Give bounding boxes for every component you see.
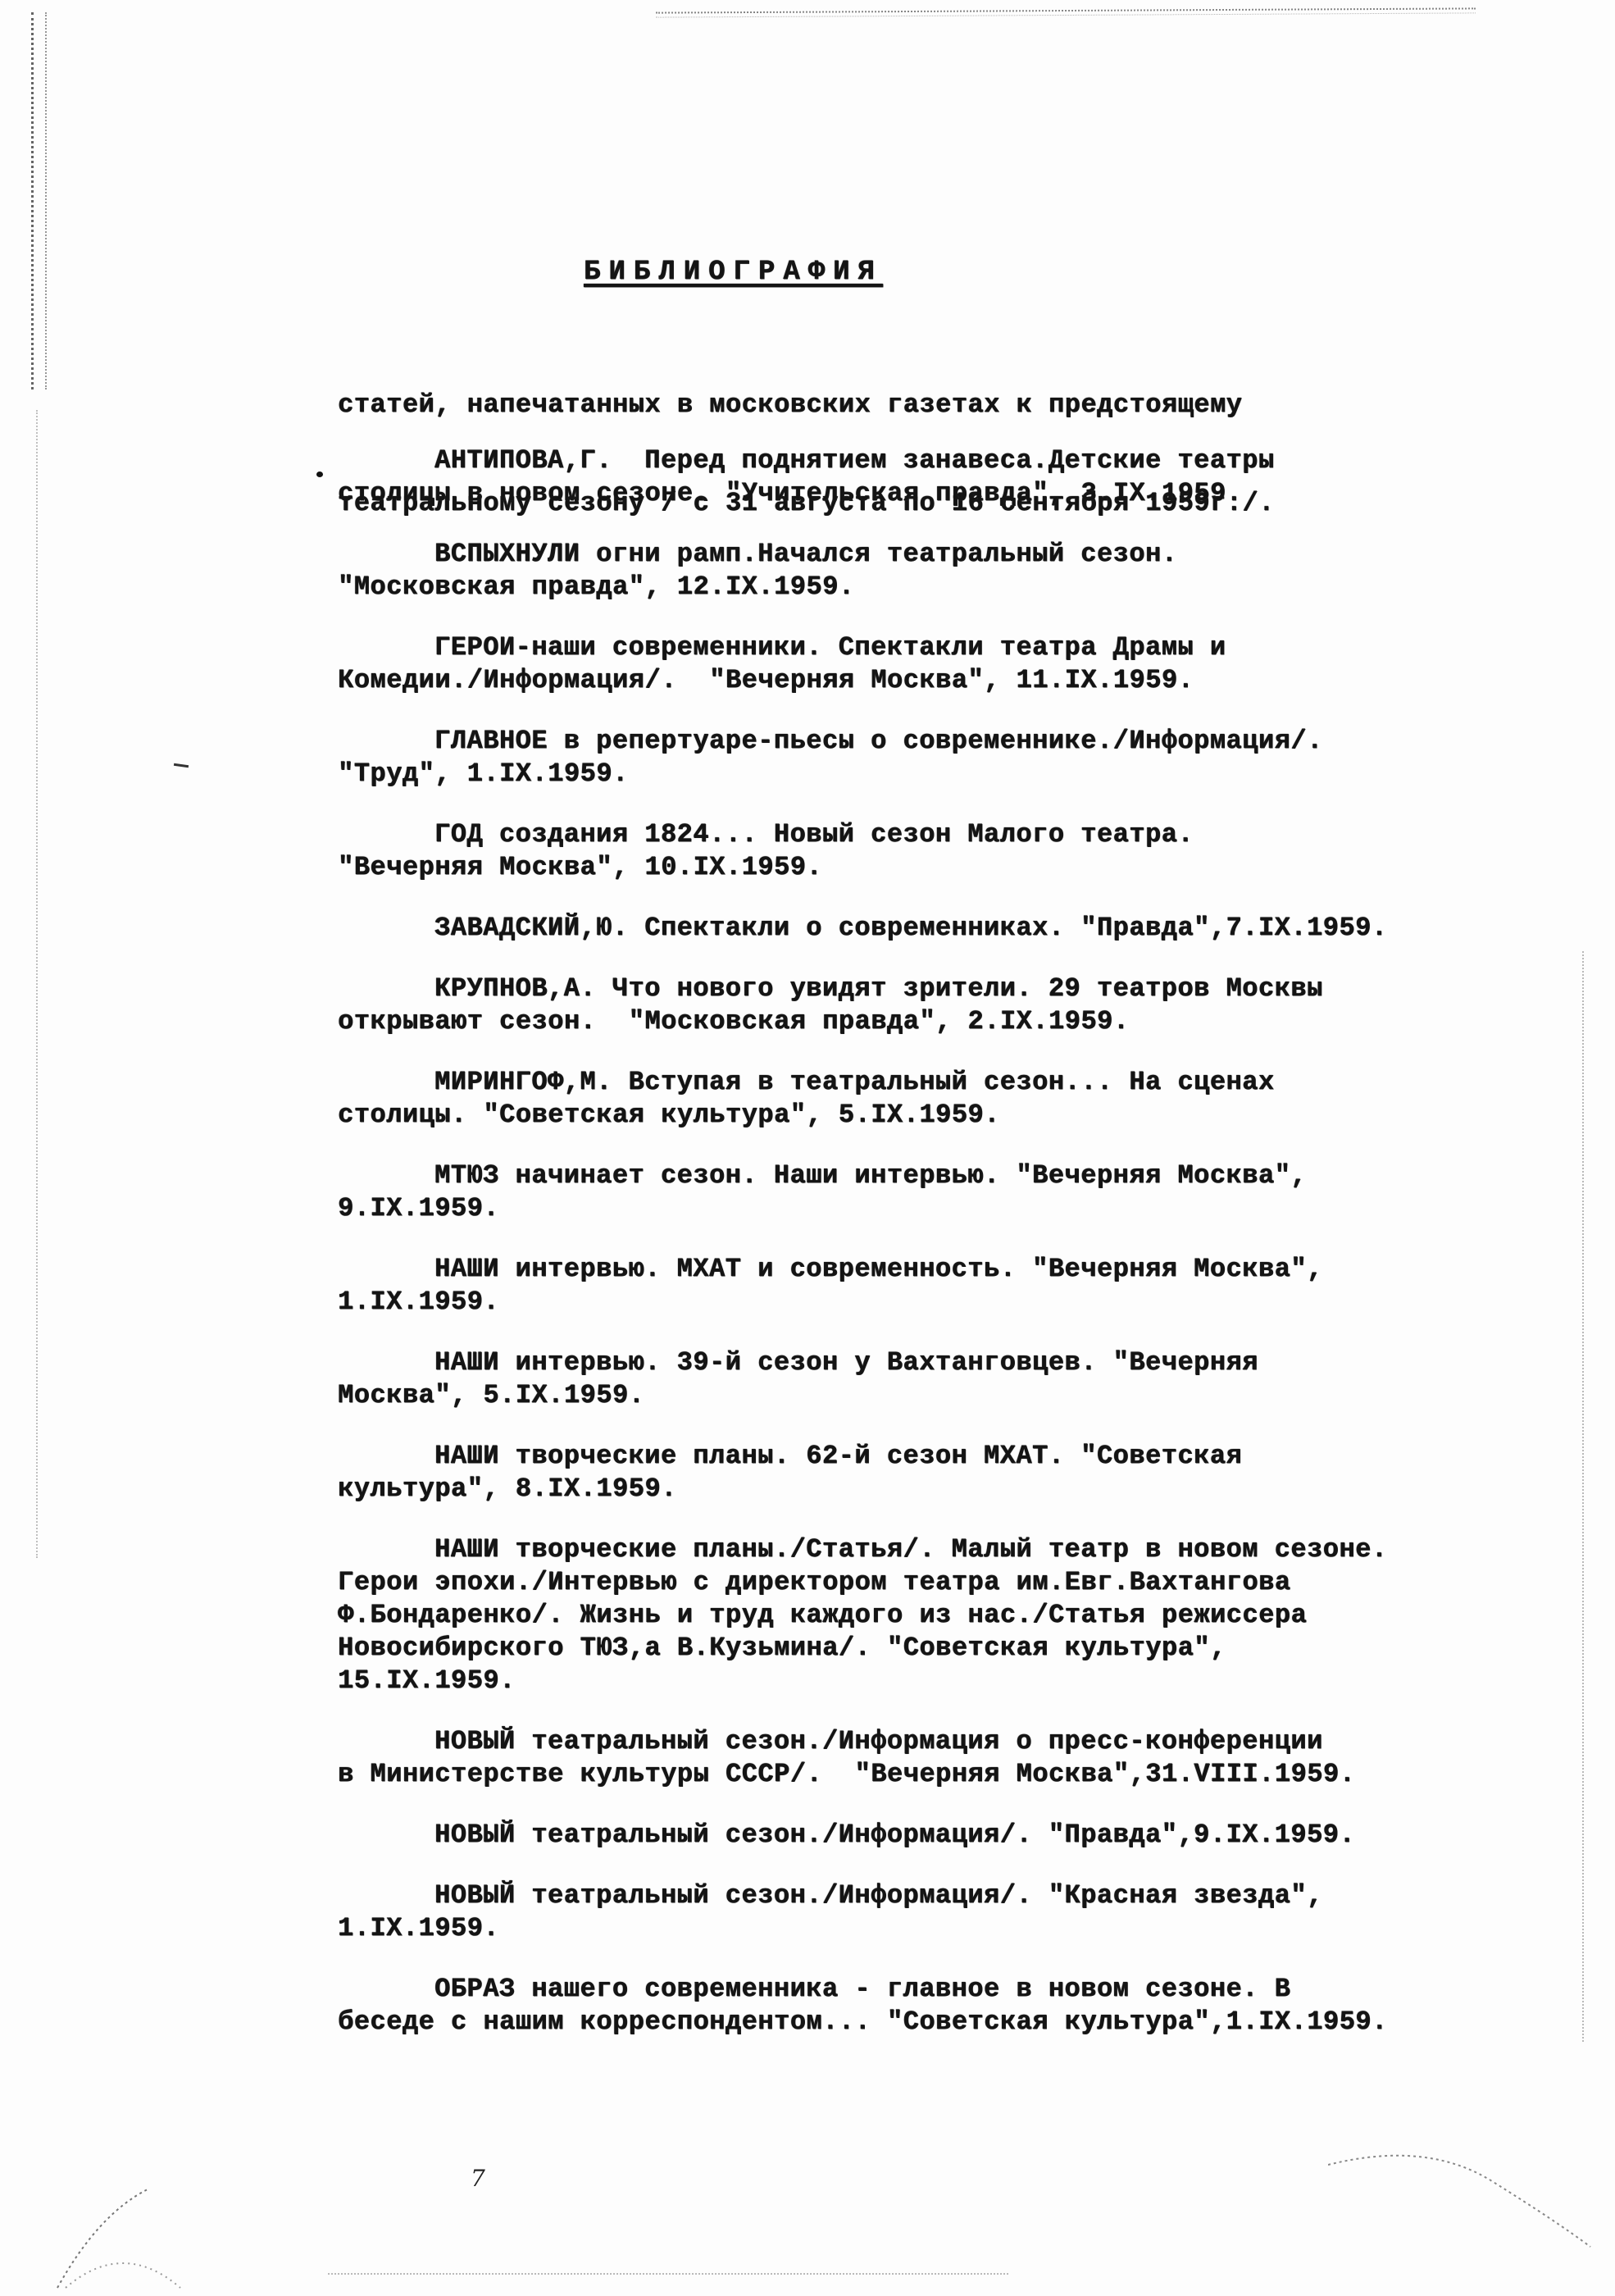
- entry-continuation-line: открывают сезон. "Московская правда", 2.…: [338, 1005, 1567, 1038]
- entry-continuation-line: столицы. "Советская культура", 5.IX.1959…: [338, 1099, 1567, 1132]
- bibliography-entry: ГОД создания 1824... Новый сезон Малого …: [338, 818, 1567, 884]
- entry-heading-line: МИРИНГОФ,М. Вступая в театральный сезон.…: [338, 1066, 1567, 1099]
- entry-continuation-line: 15.IX.1959.: [338, 1665, 1567, 1697]
- scan-fold-curve-bottom-left: [49, 2165, 262, 2296]
- bibliography-entry: МИРИНГОФ,М. Вступая в театральный сезон.…: [338, 1066, 1567, 1132]
- entry-heading-line: ГЕРОИ-наши современники. Спектакли театр…: [338, 631, 1567, 664]
- ink-mark: [174, 763, 189, 768]
- entry-continuation-line: "Вечерняя Москва", 10.IX.1959.: [338, 851, 1567, 884]
- scan-edge-top: [656, 7, 1476, 17]
- entry-continuation-line: 1.IX.1959.: [338, 1286, 1567, 1319]
- scan-fold-curve-bottom-right: [1328, 2083, 1599, 2296]
- ink-dot: [316, 471, 323, 477]
- entry-heading-line: НАШИ интервью. 39-й сезон у Вахтанговцев…: [338, 1346, 1567, 1379]
- bibliography-list: АНТИПОВА,Г. Перед поднятием занавеса.Дет…: [338, 444, 1567, 2066]
- bibliography-entry: ОБРАЗ нашего современника - главное в но…: [338, 1973, 1567, 2039]
- entry-heading-line: НОВЫЙ театральный сезон./Информация о пр…: [338, 1725, 1567, 1758]
- bibliography-entry: ЗАВАДСКИЙ,Ю. Спектакли о современниках. …: [338, 912, 1567, 945]
- scan-edge-right: [1582, 951, 1587, 2042]
- bibliography-entry: ГЕРОИ-наши современники. Спектакли театр…: [338, 631, 1567, 697]
- bibliography-entry: НАШИ интервью. МХАТ и современность. "Ве…: [338, 1253, 1567, 1319]
- entry-heading-line: НАШИ творческие планы. 62-й сезон МХАТ. …: [338, 1440, 1567, 1473]
- scan-edge-left-faint: [36, 410, 41, 1558]
- entry-continuation-line: Москва", 5.IX.1959.: [338, 1379, 1567, 1412]
- bibliography-entry: НАШИ интервью. 39-й сезон у Вахтанговцев…: [338, 1346, 1567, 1412]
- entry-continuation-line: в Министерстве культуры СССР/. "Вечерняя…: [338, 1758, 1567, 1791]
- entry-heading-line: ГОД создания 1824... Новый сезон Малого …: [338, 818, 1567, 851]
- entry-heading-line: МТЮЗ начинает сезон. Наши интервью. "Веч…: [338, 1159, 1567, 1192]
- entry-heading-line: ГЛАВНОЕ в репертуаре-пьесы о современник…: [338, 725, 1567, 758]
- entry-continuation-line: столицы в новом сезоне. "Учительская пра…: [338, 477, 1567, 510]
- entry-heading-line: НОВЫЙ театральный сезон./Информация/. "К…: [338, 1879, 1567, 1912]
- bibliography-entry: АНТИПОВА,Г. Перед поднятием занавеса.Дет…: [338, 444, 1567, 510]
- entry-continuation-line: культура", 8.IX.1959.: [338, 1473, 1567, 1506]
- entry-continuation-line: Комедии./Информация/. "Вечерняя Москва",…: [338, 664, 1567, 697]
- entry-continuation-line: "Труд", 1.IX.1959.: [338, 758, 1567, 790]
- scanned-page: БИБЛИОГРАФИЯ статей, напечатанных в моск…: [0, 0, 1615, 2296]
- entry-continuation-line: "Московская правда", 12.IX.1959.: [338, 571, 1567, 604]
- entry-heading-line: ЗАВАДСКИЙ,Ю. Спектакли о современниках. …: [338, 912, 1567, 945]
- entry-heading-line: НАШИ интервью. МХАТ и современность. "Ве…: [338, 1253, 1567, 1286]
- bibliography-entry: НАШИ творческие планы. 62-й сезон МХАТ. …: [338, 1440, 1567, 1506]
- subtitle-line: статей, напечатанных в московских газета…: [338, 389, 1275, 421]
- entry-continuation-line: Герои эпохи./Интервью с директором театр…: [338, 1566, 1567, 1599]
- bibliography-entry: КРУПНОВ,А. Что нового увидят зрители. 29…: [338, 973, 1567, 1038]
- handwritten-page-mark: 7: [471, 2165, 485, 2192]
- entry-heading-line: НАШИ творческие планы./Статья/. Малый те…: [338, 1533, 1567, 1566]
- bibliography-entry: НАШИ творческие планы./Статья/. Малый те…: [338, 1533, 1567, 1697]
- entry-continuation-line: Ф.Бондаренко/. Жизнь и труд каждого из н…: [338, 1599, 1567, 1632]
- scan-edge-left: [31, 12, 47, 389]
- entry-heading-line: НОВЫЙ театральный сезон./Информация/. "П…: [338, 1819, 1567, 1852]
- entry-continuation-line: 9.IX.1959.: [338, 1192, 1567, 1225]
- bibliography-entry: ГЛАВНОЕ в репертуаре-пьесы о современник…: [338, 725, 1567, 790]
- bibliography-entry: НОВЫЙ театральный сезон./Информация/. "П…: [338, 1819, 1567, 1852]
- bibliography-entry: МТЮЗ начинает сезон. Наши интервью. "Веч…: [338, 1159, 1567, 1225]
- document-title: БИБЛИОГРАФИЯ: [584, 256, 883, 289]
- entry-heading-line: КРУПНОВ,А. Что нового увидят зрители. 29…: [338, 973, 1567, 1005]
- entry-continuation-line: Новосибирского ТЮЗ,а В.Кузьмина/. "Совет…: [338, 1632, 1567, 1665]
- entry-continuation-line: 1.IX.1959.: [338, 1912, 1567, 1945]
- entry-heading-line: АНТИПОВА,Г. Перед поднятием занавеса.Дет…: [338, 444, 1567, 477]
- entry-continuation-line: беседе с нашим корреспондентом... "Совет…: [338, 2006, 1567, 2039]
- entry-heading-line: ОБРАЗ нашего современника - главное в но…: [338, 1973, 1567, 2006]
- entry-heading-line: ВСПЫХНУЛИ огни рамп.Начался театральный …: [338, 538, 1567, 571]
- bibliography-entry: НОВЫЙ театральный сезон./Информация/. "К…: [338, 1879, 1567, 1945]
- scan-edge-bottom: [328, 2273, 1008, 2276]
- bibliography-entry: НОВЫЙ театральный сезон./Информация о пр…: [338, 1725, 1567, 1791]
- bibliography-entry: ВСПЫХНУЛИ огни рамп.Начался театральный …: [338, 538, 1567, 604]
